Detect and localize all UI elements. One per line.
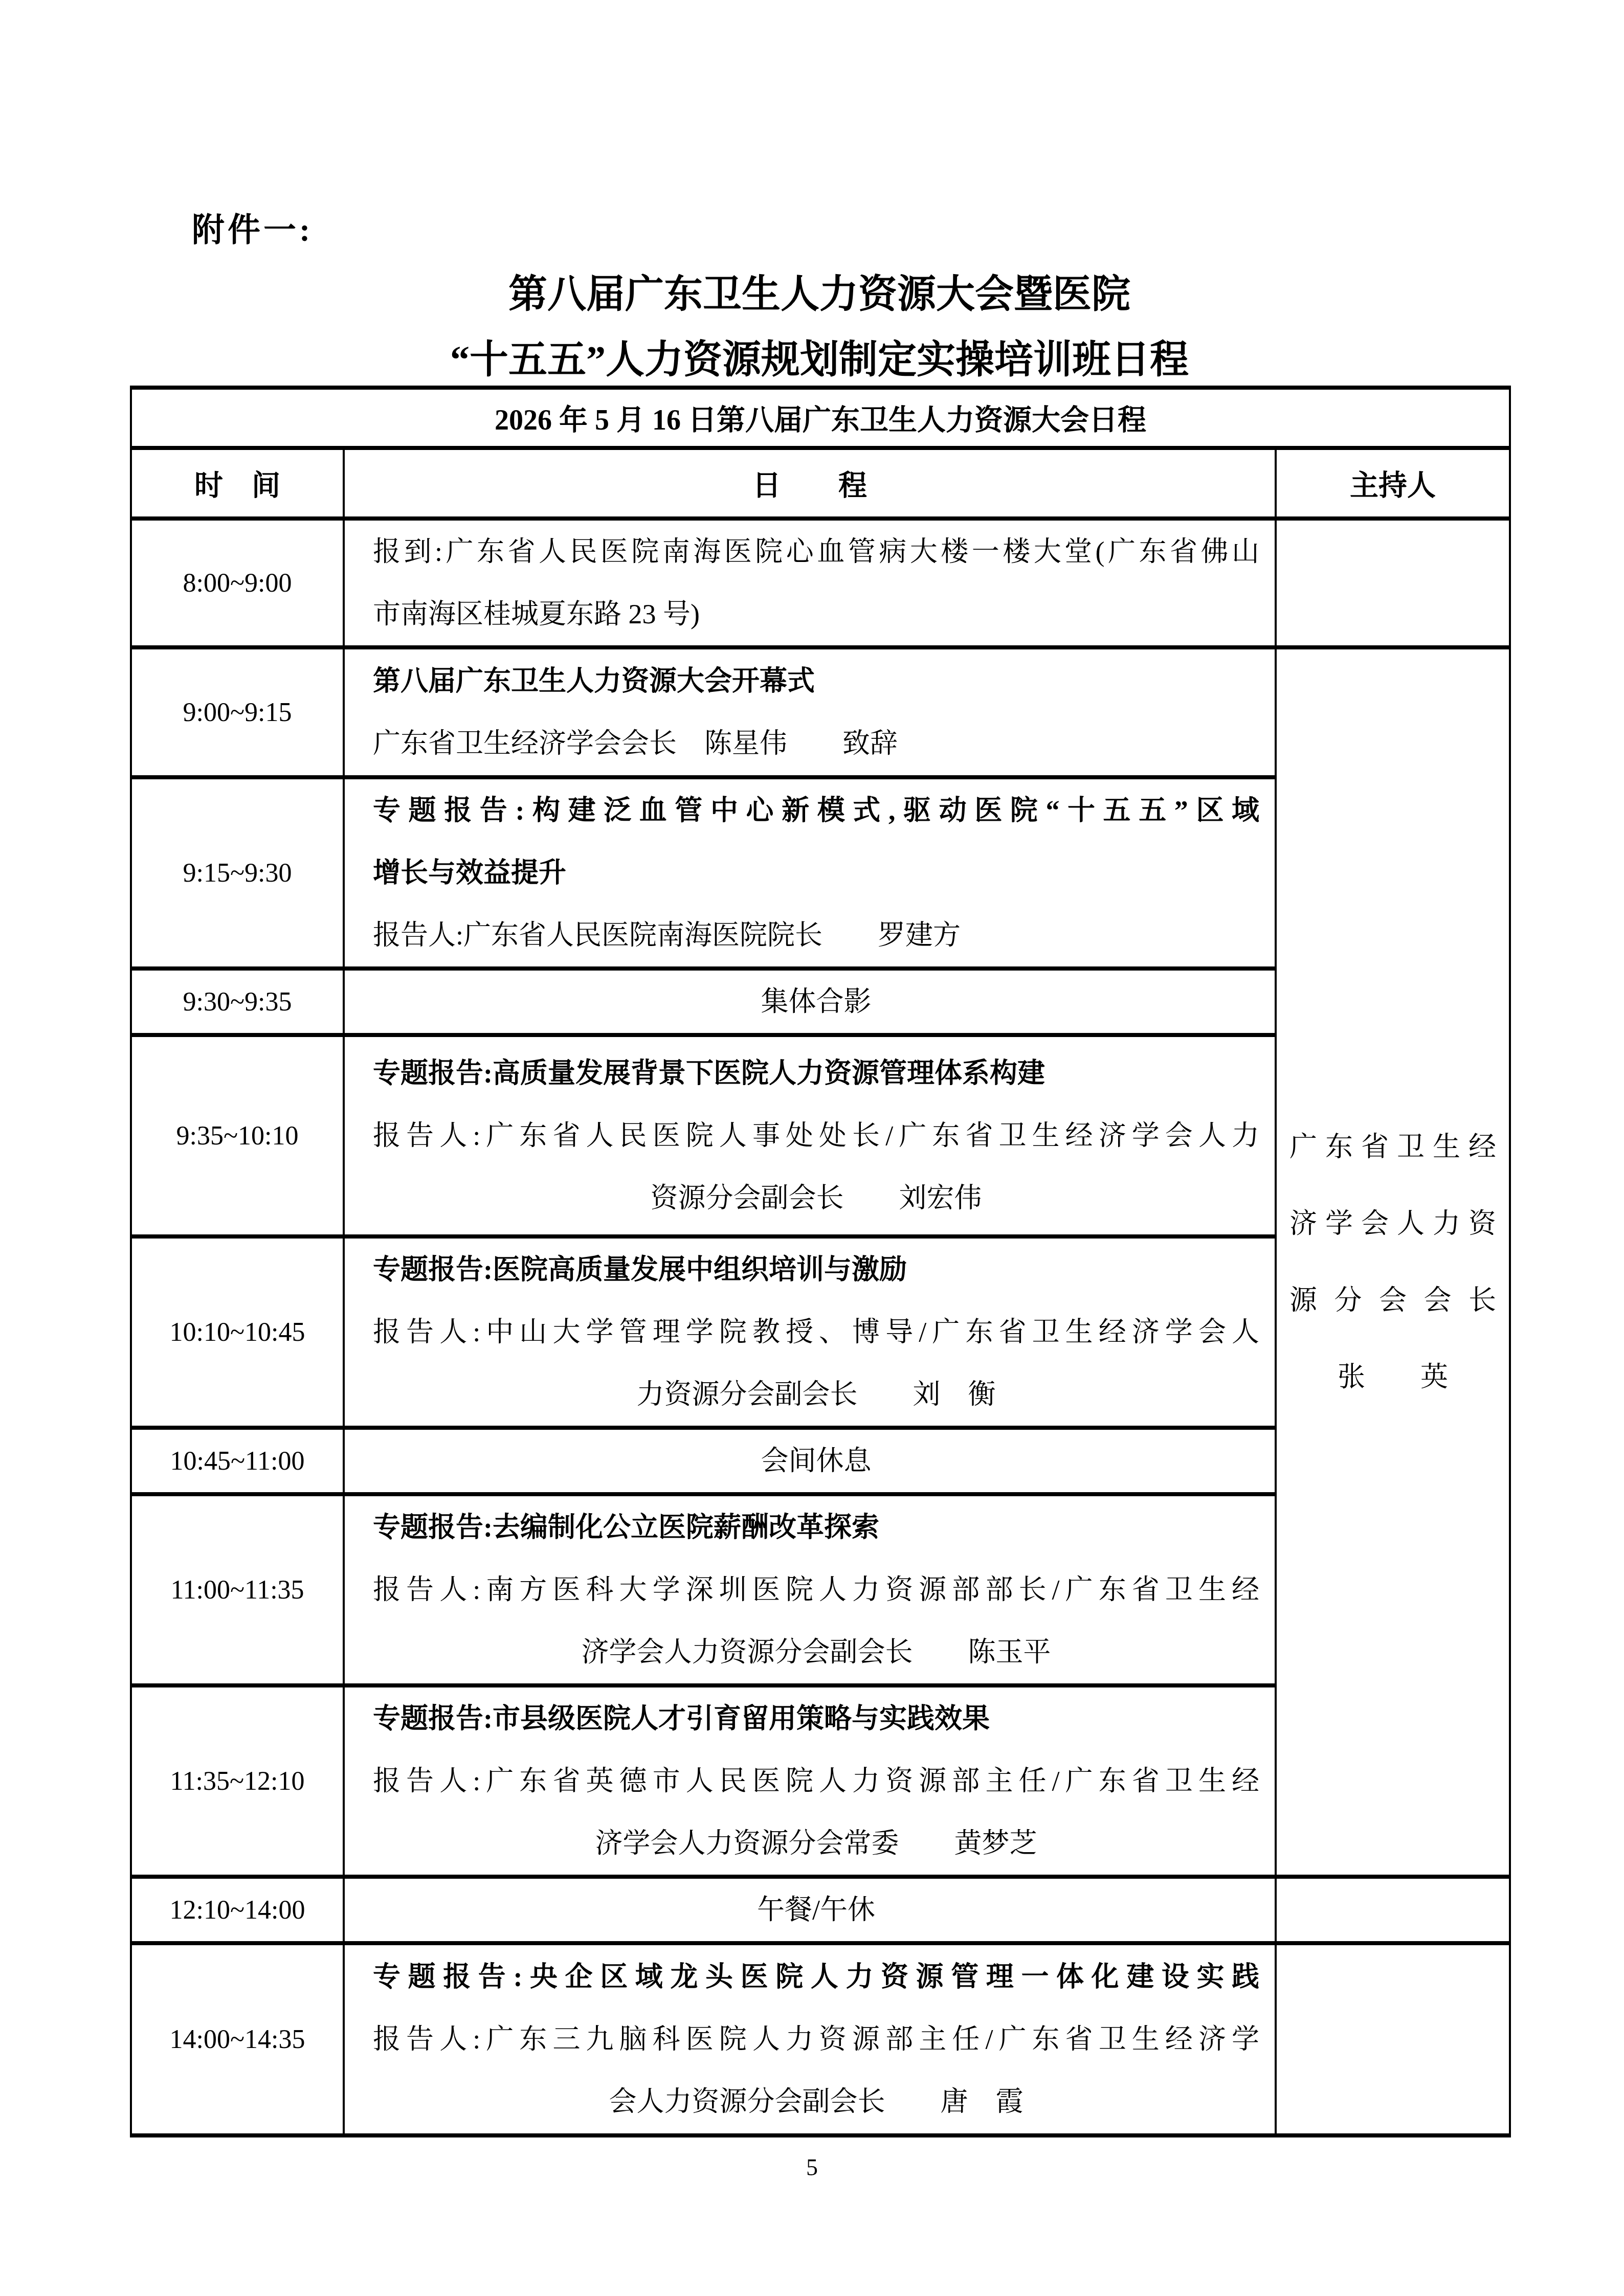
host-name: 张 英 [1289, 1339, 1496, 1415]
agenda-text-line: 资源分会副会长 刘宏伟 [373, 1167, 1259, 1229]
agenda-text-line: 济学会人力资源分会副会长 陈玉平 [373, 1621, 1259, 1683]
time-cell: 12:10~14:00 [131, 1877, 344, 1943]
time-cell: 10:45~11:00 [131, 1428, 344, 1494]
time-cell: 9:35~10:10 [131, 1035, 344, 1236]
schedule-row: 14:00~14:35专题报告:央企区域龙头医院人力资源管理一体化建设实践报告人… [131, 1943, 1510, 2135]
document-title: 第八届广东卫生人力资源大会暨医院 “十五五”人力资源规划制定实操培训班日程 [130, 262, 1509, 393]
table-header-row: 时 间 日 程 主持人 [131, 448, 1510, 519]
agenda-topic-line: 专题报告:央企区域龙头医院人力资源管理一体化建设实践 [373, 1946, 1259, 2008]
agenda-cell: 专题报告:去编制化公立医院薪酬改革探索报告人:南方医科大学深圳医院人力资源部部长… [344, 1494, 1276, 1685]
host-cell-empty [1276, 1877, 1510, 1943]
agenda-cell: 专题报告:市县级医院人才引育留用策略与实践效果报告人:广东省英德市人民医院人力资… [344, 1685, 1276, 1877]
document-title-line1: 第八届广东卫生人力资源大会暨医院 [130, 262, 1509, 327]
agenda-text-line: 济学会人力资源分会常委 黄梦芝 [373, 1812, 1259, 1875]
agenda-text-line: 报告人:广东省人民医院人事处处长/广东省卫生经济学会人力 [373, 1105, 1259, 1167]
agenda-topic-line: 专题报告:去编制化公立医院薪酬改革探索 [373, 1496, 1259, 1559]
schedule-row: 9:00~9:15第八届广东卫生人力资源大会开幕式广东省卫生经济学会会长 陈星伟… [131, 647, 1510, 777]
agenda-cell: 会间休息 [344, 1428, 1276, 1494]
host-cell-empty [1276, 519, 1510, 647]
agenda-text-line: 市南海区桂城夏东路 23 号) [373, 583, 1259, 645]
time-cell: 11:00~11:35 [131, 1494, 344, 1685]
time-cell: 9:15~9:30 [131, 777, 344, 969]
agenda-text-line: 报告人:广东省英德市人民医院人力资源部主任/广东省卫生经 [373, 1750, 1259, 1812]
agenda-cell: 第八届广东卫生人力资源大会开幕式广东省卫生经济学会会长 陈星伟 致辞 [344, 647, 1276, 777]
agenda-cell: 专题报告:医院高质量发展中组织培训与激励报告人:中山大学管理学院教授、博导/广东… [344, 1236, 1276, 1428]
host-title-line: 源分会会长 [1289, 1262, 1496, 1339]
agenda-topic-line: 专题报告:构建泛血管中心新模式,驱动医院“十五五”区域 [373, 779, 1259, 842]
time-cell: 10:10~10:45 [131, 1236, 344, 1428]
time-cell: 8:00~9:00 [131, 519, 344, 647]
agenda-topic-line: 专题报告:高质量发展背景下医院人力资源管理体系构建 [373, 1042, 1259, 1105]
agenda-text-line: 广东省卫生经济学会会长 陈星伟 致辞 [373, 712, 1259, 775]
agenda-text-line: 午餐/午休 [373, 1879, 1259, 1941]
page-number: 5 [0, 2154, 1624, 2181]
time-cell: 9:00~9:15 [131, 647, 344, 777]
agenda-text-line: 会间休息 [373, 1430, 1259, 1492]
host-title-line: 广东省卫生经 [1289, 1109, 1496, 1185]
schedule-table: 2026 年 5 月 16 日第八届广东卫生人力资源大会日程 时 间 日 程 主… [130, 386, 1511, 2137]
table-caption: 2026 年 5 月 16 日第八届广东卫生人力资源大会日程 [131, 388, 1510, 448]
attachment-label: 附件一: [192, 204, 313, 251]
agenda-topic-line: 专题报告:医院高质量发展中组织培训与激励 [373, 1239, 1259, 1301]
agenda-topic-line: 增长与效益提升 [373, 842, 1259, 904]
time-cell: 9:30~9:35 [131, 969, 344, 1035]
agenda-cell: 专题报告:高质量发展背景下医院人力资源管理体系构建报告人:广东省人民医院人事处处… [344, 1035, 1276, 1236]
document-page: 附件一: 第八届广东卫生人力资源大会暨医院 “十五五”人力资源规划制定实操培训班… [0, 0, 1624, 2296]
time-cell: 11:35~12:10 [131, 1685, 344, 1877]
agenda-text-line: 报告人:中山大学管理学院教授、博导/广东省卫生经济学会人 [373, 1301, 1259, 1363]
agenda-cell: 报到:广东省人民医院南海医院心血管病大楼一楼大堂(广东省佛山市南海区桂城夏东路 … [344, 519, 1276, 647]
agenda-cell: 集体合影 [344, 969, 1276, 1035]
host-title-line: 济学会人力资 [1289, 1185, 1496, 1262]
agenda-text-line: 报告人:南方医科大学深圳医院人力资源部部长/广东省卫生经 [373, 1559, 1259, 1621]
column-header-agenda: 日 程 [344, 448, 1276, 519]
column-header-time: 时 间 [131, 448, 344, 519]
agenda-topic-line: 专题报告:市县级医院人才引育留用策略与实践效果 [373, 1687, 1259, 1750]
agenda-topic-line: 第八届广东卫生人力资源大会开幕式 [373, 650, 1259, 712]
table-caption-row: 2026 年 5 月 16 日第八届广东卫生人力资源大会日程 [131, 388, 1510, 448]
column-header-host: 主持人 [1276, 448, 1510, 519]
schedule-row: 12:10~14:00午餐/午休 [131, 1877, 1510, 1943]
agenda-text-line: 报到:广东省人民医院南海医院心血管病大楼一楼大堂(广东省佛山 [373, 521, 1259, 583]
time-cell: 14:00~14:35 [131, 1943, 344, 2135]
agenda-cell: 专题报告:央企区域龙头医院人力资源管理一体化建设实践报告人:广东三九脑科医院人力… [344, 1943, 1276, 2135]
agenda-text-line: 集体合影 [373, 971, 1259, 1033]
agenda-cell: 专题报告:构建泛血管中心新模式,驱动医院“十五五”区域增长与效益提升报告人:广东… [344, 777, 1276, 969]
document-title-line2: “十五五”人力资源规划制定实操培训班日程 [130, 327, 1509, 393]
agenda-text-line: 会人力资源分会副会长 唐 霞 [373, 2070, 1259, 2133]
agenda-text-line: 报告人:广东三九脑科医院人力资源部主任/广东省卫生经济学 [373, 2008, 1259, 2070]
schedule-row: 8:00~9:00报到:广东省人民医院南海医院心血管病大楼一楼大堂(广东省佛山市… [131, 519, 1510, 647]
agenda-cell: 午餐/午休 [344, 1877, 1276, 1943]
agenda-text-line: 力资源分会副会长 刘 衡 [373, 1363, 1259, 1426]
host-cell-merged: 广东省卫生经济学会人力资源分会会长张 英 [1276, 647, 1510, 1877]
host-cell-empty [1276, 1943, 1510, 2135]
agenda-text-line: 报告人:广东省人民医院南海医院院长 罗建方 [373, 904, 1259, 966]
